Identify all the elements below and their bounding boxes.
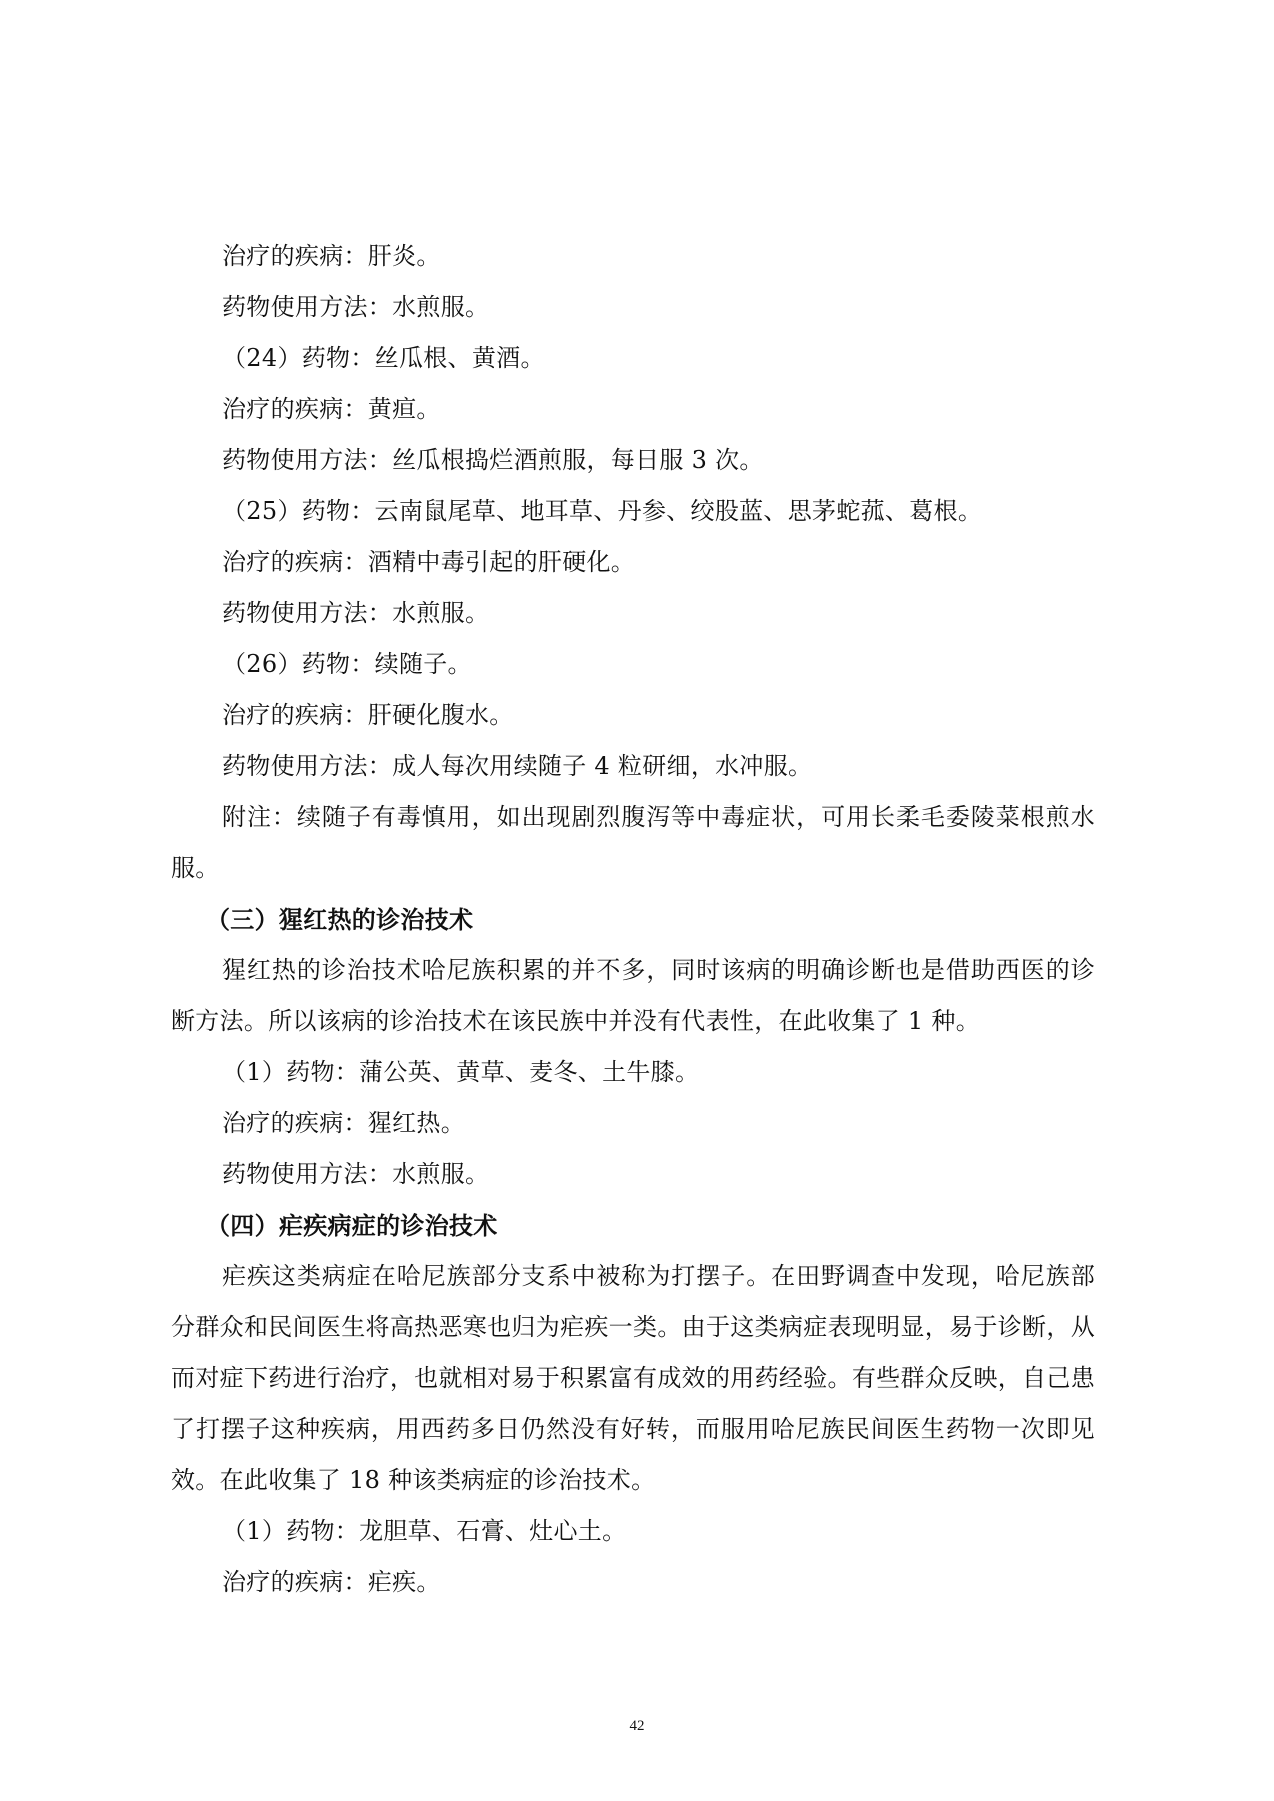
text-line: 治疗的疾病：疟疾。 <box>171 1557 1095 1608</box>
text-line: 治疗的疾病：黄疸。 <box>171 384 1095 435</box>
note-paragraph: 附注：续随子有毒慎用，如出现剧烈腹泻等中毒症状，可用长柔毛委陵菜根煎水服。 <box>171 792 1095 894</box>
text-line: 药物使用方法：水煎服。 <box>171 1149 1095 1200</box>
text-line: 治疗的疾病：猩红热。 <box>171 1098 1095 1149</box>
document-body: 治疗的疾病：肝炎。 药物使用方法：水煎服。 （24）药物：丝瓜根、黄酒。 治疗的… <box>171 231 1095 1608</box>
body-paragraph: 疟疾这类病症在哈尼族部分支系中被称为打摆子。在田野调查中发现，哈尼族部分群众和民… <box>171 1251 1095 1506</box>
section-heading-malaria: （四）疟疾病症的诊治技术 <box>171 1200 1095 1251</box>
text-line: （1）药物：龙胆草、石膏、灶心土。 <box>171 1506 1095 1557</box>
text-line: 药物使用方法：丝瓜根捣烂酒煎服，每日服 3 次。 <box>171 435 1095 486</box>
section-heading-scarlet-fever: （三）猩红热的诊治技术 <box>171 894 1095 945</box>
text-line: 药物使用方法：水煎服。 <box>171 588 1095 639</box>
body-paragraph: 猩红热的诊治技术哈尼族积累的并不多，同时该病的明确诊断也是借助西医的诊断方法。所… <box>171 945 1095 1047</box>
text-line: 药物使用方法：水煎服。 <box>171 282 1095 333</box>
text-line: （26）药物：续随子。 <box>171 639 1095 690</box>
text-line: 药物使用方法：成人每次用续随子 4 粒研细，水冲服。 <box>171 741 1095 792</box>
text-line: （1）药物：蒲公英、黄草、麦冬、土牛膝。 <box>171 1047 1095 1098</box>
text-line: （24）药物：丝瓜根、黄酒。 <box>171 333 1095 384</box>
text-line: 治疗的疾病：酒精中毒引起的肝硬化。 <box>171 537 1095 588</box>
text-line: 治疗的疾病：肝硬化腹水。 <box>171 690 1095 741</box>
page-number: 42 <box>0 1718 1274 1735</box>
text-line: （25）药物：云南鼠尾草、地耳草、丹参、绞股蓝、思茅蛇菰、葛根。 <box>171 486 1095 537</box>
text-line: 治疗的疾病：肝炎。 <box>171 231 1095 282</box>
